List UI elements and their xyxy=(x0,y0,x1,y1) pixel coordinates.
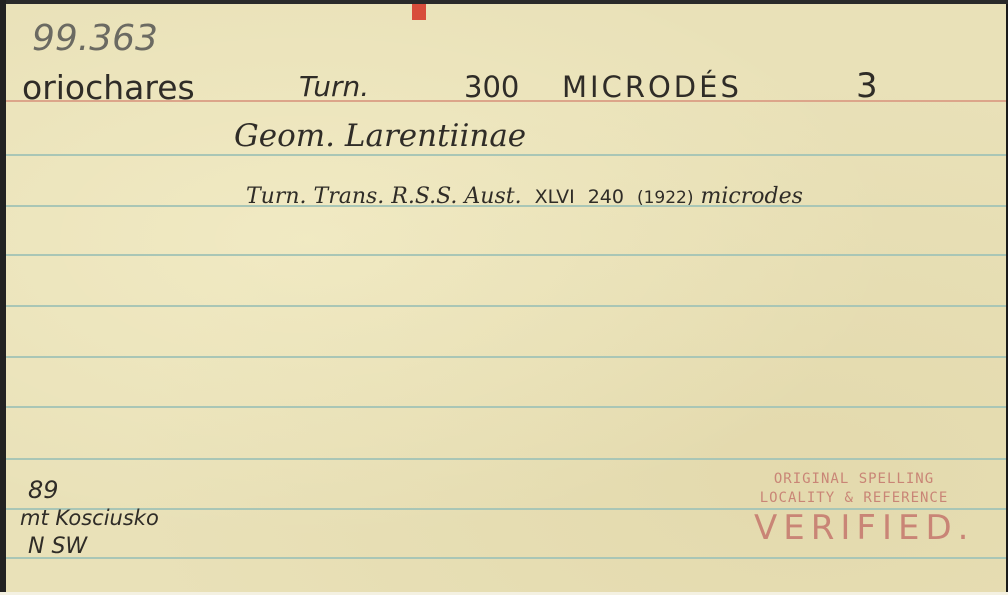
ruled-line xyxy=(6,406,1006,408)
citation-page: 240 xyxy=(588,186,624,208)
locality-number: 89 xyxy=(28,476,59,504)
ruled-line xyxy=(6,154,1006,156)
ruled-line xyxy=(6,305,1006,307)
ruled-line xyxy=(6,254,1006,256)
citation-volume: XLVI xyxy=(535,186,575,208)
stamp-line-3: VERIFIED. xyxy=(754,508,954,548)
citation-year: (1922) xyxy=(637,188,694,208)
genus-index: 3 xyxy=(856,66,878,106)
genus-author: Turn. xyxy=(299,70,369,103)
genus-group: MICRODÉS xyxy=(562,70,742,104)
locality-place: mt Kosciusko xyxy=(20,506,159,530)
ruled-line xyxy=(6,356,1006,358)
citation-author: Turn. xyxy=(246,184,307,209)
genus-name: oriochares xyxy=(22,68,195,107)
family-line: Geom. Larentiinae xyxy=(234,118,526,154)
locality-state: N SW xyxy=(28,534,87,559)
index-card: 99.363 oriochares Turn. 300 MICRODÉS 3 G… xyxy=(6,4,1006,592)
citation-note: microdes xyxy=(701,184,803,209)
citation-journal: Trans. R.S.S. Aust. xyxy=(314,184,522,209)
verification-stamp: ORIGINAL SPELLING LOCALITY & REFERENCE V… xyxy=(754,470,954,548)
reference-number: 99.363 xyxy=(32,18,158,59)
stamp-line-2: LOCALITY & REFERENCE xyxy=(754,488,954,508)
ruled-line xyxy=(6,557,1006,559)
stamp-line-1: ORIGINAL SPELLING xyxy=(754,470,954,488)
species-count: 300 xyxy=(464,70,519,104)
ruled-line xyxy=(6,458,1006,460)
red-tab-marker xyxy=(412,4,426,20)
